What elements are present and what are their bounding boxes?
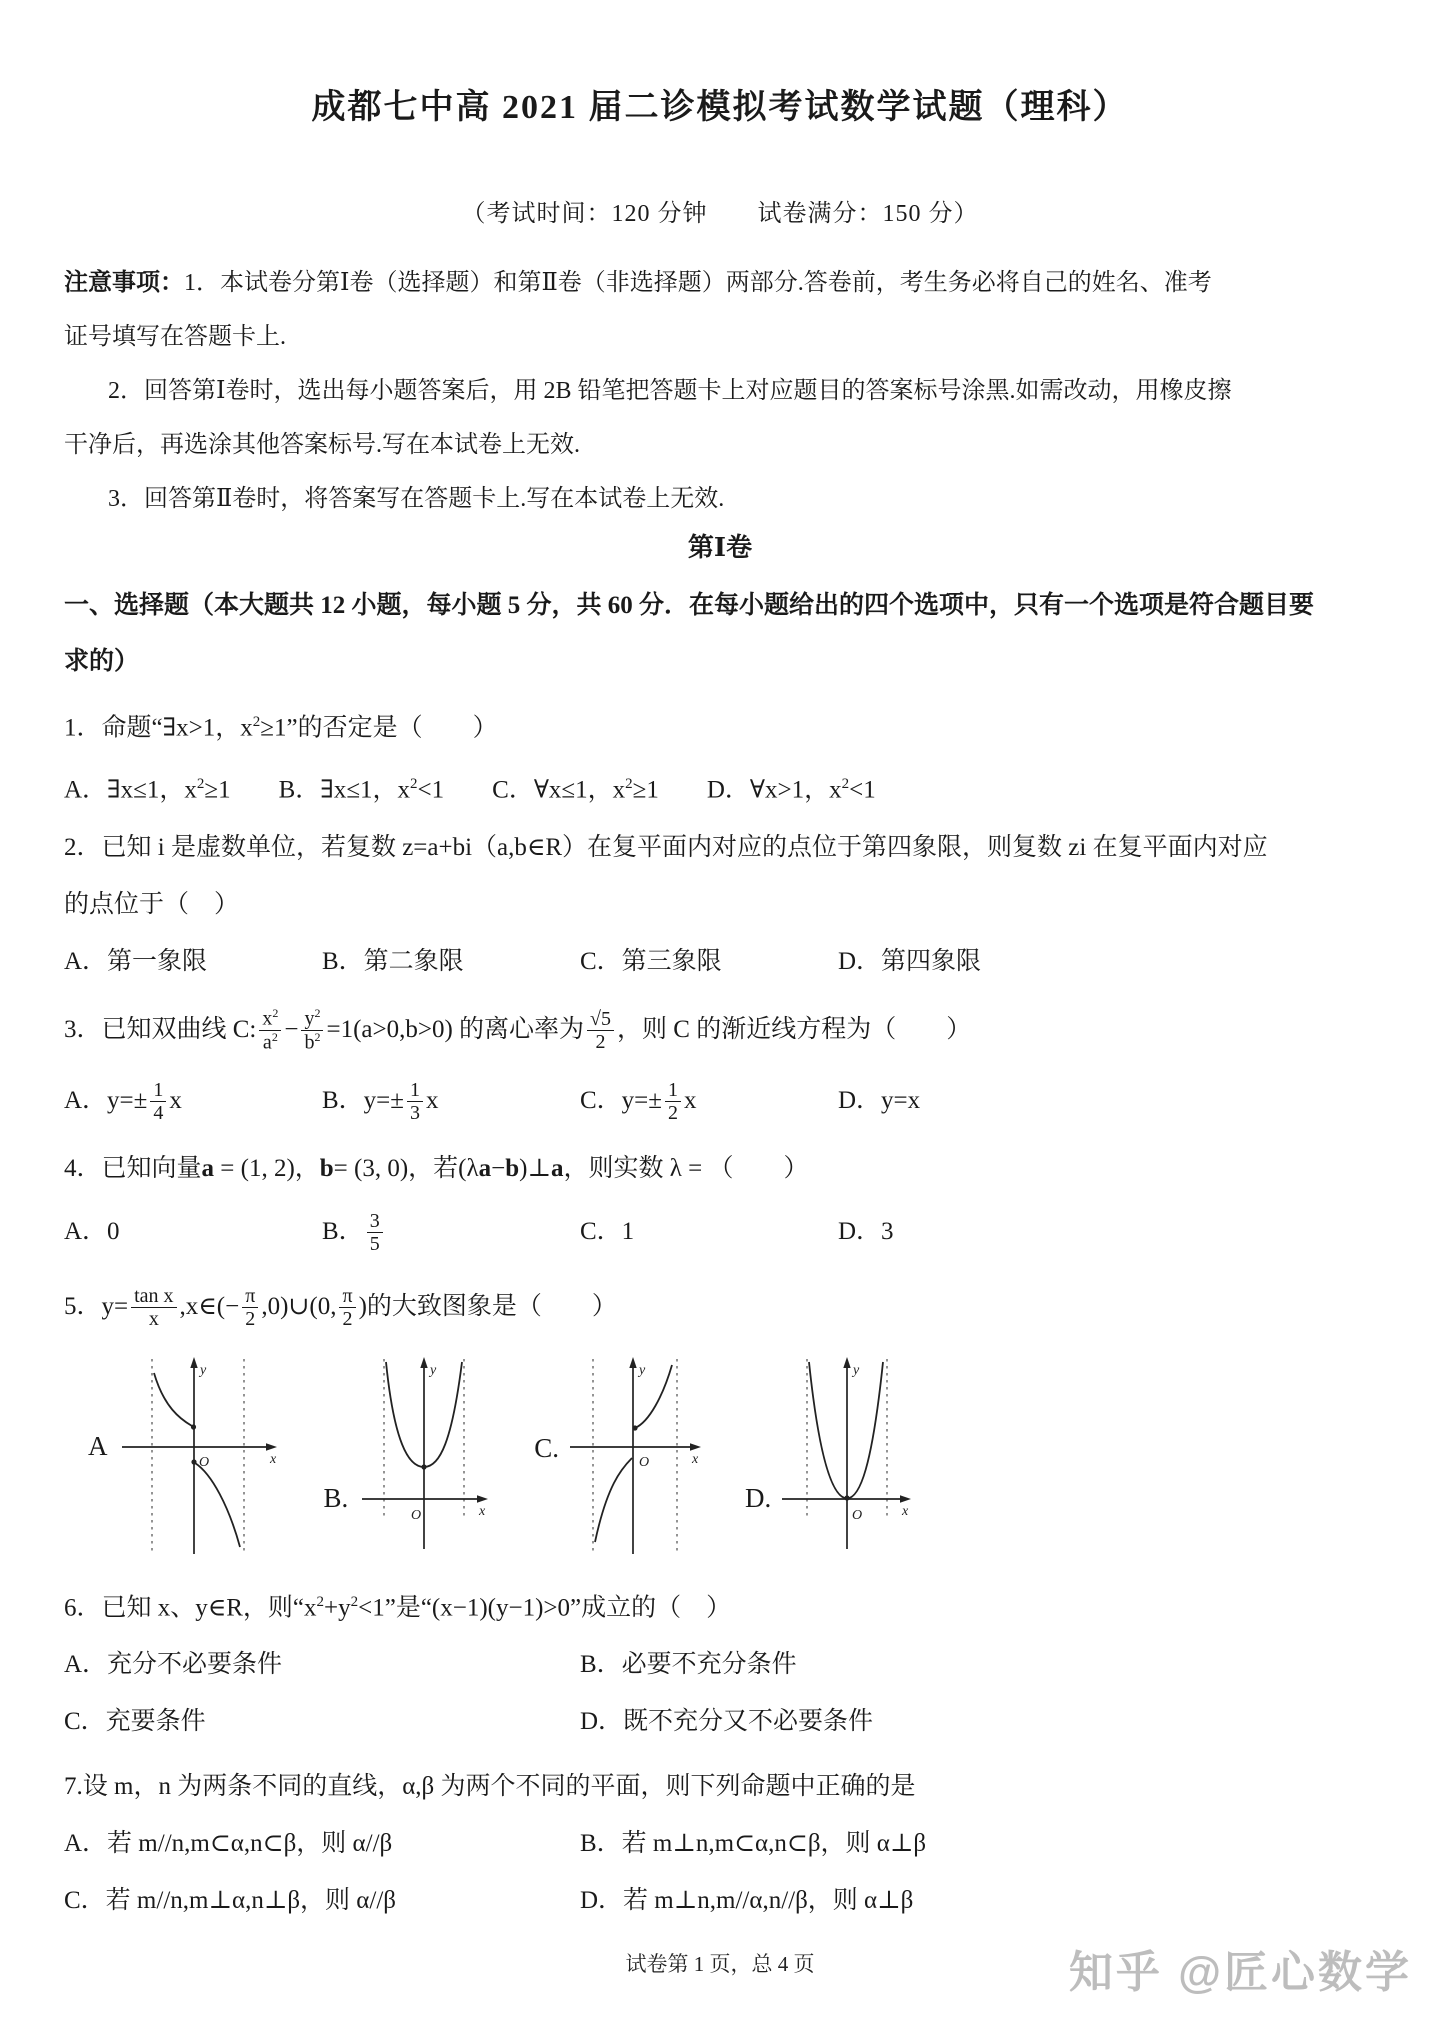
y-axis-label: y: [428, 1363, 437, 1378]
graph-option-item-c: C. y x O: [534, 1349, 705, 1564]
function-curve: [595, 1458, 632, 1542]
option-a: A．∃x≤1，x2≥1: [64, 756, 231, 818]
question-6-stem: 6．已知 x、y∈R，则“x2+y2<1”是“(x−1)(y−1)>0”成立的（…: [64, 1574, 1376, 1636]
notice-line-1-text: 1．本试卷分第Ⅰ卷（选择题）和第Ⅱ卷（非选择题）两部分.答卷前，考生务必将自己的…: [184, 270, 1212, 296]
option-a: A．充分不必要条件: [64, 1636, 580, 1693]
question-2-stem-line-1: 2．已知 i 是虚数单位，若复数 z=a+bi（a,b∈R）在复平面内对应的点位…: [64, 819, 1376, 876]
question-4-options: A．0 B．35 C．1 D．3: [64, 1197, 1376, 1267]
watermark: 知乎 @匠心数学: [1069, 1936, 1412, 2000]
option-d: D．∀x>1，x2<1: [707, 756, 876, 818]
question-7-options-row-2: C．若 m//n,m⊥α,n⊥β，则 α//β D．若 m⊥n,m//α,n//…: [64, 1872, 1376, 1929]
question-3-stem: 3．已知双曲线 C:x2a2−y2b2=1(a>0,b>0) 的离心率为√52，…: [64, 994, 1376, 1066]
graph-option-c: y x O: [565, 1349, 705, 1564]
question-6: 6．已知 x、y∈R，则“x2+y2<1”是“(x−1)(y−1)>0”成立的（…: [64, 1574, 1376, 1750]
question-4: 4．已知向量a = (1, 2)，b= (3, 0)，若(λa−b)⊥a，则实数…: [64, 1140, 1376, 1267]
option-d: D．y=x: [838, 1066, 1096, 1136]
question-2-options: A．第一象限 B．第二象限 C．第三象限 D．第四象限: [64, 933, 1376, 990]
graph-option-item-b: B. y x O: [324, 1349, 495, 1564]
question-1: 1．命题“∃x>1，x2≥1”的否定是（ ） A．∃x≤1，x2≥1 B．∃x≤…: [64, 694, 1376, 819]
graph-label-a: A: [88, 1431, 108, 1462]
curve-endpoint-dot: [190, 1424, 195, 1429]
y-axis-arrow: [421, 1357, 428, 1368]
notice-line: 干净后，再选涂其他答案标号.写在本试卷上无效.: [64, 418, 1376, 472]
x-axis-arrow: [266, 1443, 277, 1451]
curve-minimum-dot: [422, 1464, 427, 1469]
option-d: D．3: [838, 1197, 1096, 1267]
section-intro-line-1: 一、选择题（本大题共 12 小题，每小题 5 分，共 60 分．在每小题给出的四…: [64, 578, 1376, 634]
notice-line: 证号填写在答题卡上.: [64, 310, 1376, 364]
x-axis-arrow: [690, 1443, 701, 1451]
notice-section: 注意事项：1．本试卷分第Ⅰ卷（选择题）和第Ⅱ卷（非选择题）两部分.答卷前，考生务…: [64, 256, 1376, 526]
y-axis-label: y: [637, 1363, 646, 1378]
graph-option-item-d: D. y x O: [745, 1349, 917, 1564]
origin-label: O: [411, 1508, 421, 1523]
question-6-options-row-1: A．充分不必要条件 B．必要不充分条件: [64, 1636, 1376, 1693]
question-2-stem-line-2: 的点位于（ ）: [64, 876, 1376, 933]
notice-line: 3．回答第Ⅱ卷时，将答案写在答题卡上.写在本试卷上无效.: [64, 472, 1376, 526]
x-axis-label: x: [478, 1504, 486, 1519]
notice-line: 2．回答第Ⅰ卷时，选出每小题答案后，用 2B 铅笔把答题卡上对应题目的答案标号涂…: [64, 364, 1376, 418]
option-a: A．y=±14x: [64, 1066, 322, 1136]
option-c: C．∀x≤1，x2≥1: [492, 756, 659, 818]
option-b: B．必要不充分条件: [580, 1636, 1096, 1693]
section-intro: 一、选择题（本大题共 12 小题，每小题 5 分，共 60 分．在每小题给出的四…: [64, 578, 1376, 690]
question-2: 2．已知 i 是虚数单位，若复数 z=a+bi（a,b∈R）在复平面内对应的点位…: [64, 819, 1376, 990]
page-title: 成都七中高 2021 届二诊模拟考试数学试题（理科）: [64, 86, 1376, 130]
option-c: C．充要条件: [64, 1693, 580, 1750]
y-axis-arrow: [629, 1357, 636, 1368]
x-axis-label: x: [269, 1452, 277, 1467]
option-b: B．第二象限: [322, 933, 580, 990]
question-1-stem: 1．命题“∃x>1，x2≥1”的否定是（ ）: [64, 694, 1376, 756]
option-b: B．y=±13x: [322, 1066, 580, 1136]
question-6-options-row-2: C．充要条件 D．既不充分又不必要条件: [64, 1693, 1376, 1750]
x-axis-label: x: [691, 1452, 699, 1467]
question-7-options-row-1: A．若 m//n,m⊂α,n⊂β，则 α//β B．若 m⊥n,m⊂α,n⊂β，…: [64, 1815, 1376, 1872]
exam-meta-subtitle: （考试时间：120 分钟 试卷满分：150 分）: [64, 198, 1376, 230]
option-a: A．第一象限: [64, 933, 322, 990]
x-axis-arrow: [477, 1495, 488, 1503]
function-curve: [809, 1362, 883, 1499]
graph-option-item-a: A y x O: [88, 1349, 284, 1564]
x-axis-arrow: [900, 1495, 911, 1503]
graph-label-b: B.: [324, 1483, 349, 1514]
option-d: D．第四象限: [838, 933, 1096, 990]
option-c: C．y=±12x: [580, 1066, 838, 1136]
graph-option-b: y x O: [354, 1349, 494, 1564]
option-c: C．1: [580, 1197, 838, 1267]
curve-minimum-dot: [845, 1495, 850, 1500]
function-curve: [154, 1373, 192, 1426]
notice-label: 注意事项：: [64, 270, 184, 296]
notice-line: 注意事项：1．本试卷分第Ⅰ卷（选择题）和第Ⅱ卷（非选择题）两部分.答卷前，考生务…: [64, 256, 1376, 310]
y-axis-label: y: [198, 1363, 207, 1378]
option-c: C．若 m//n,m⊥α,n⊥β，则 α//β: [64, 1872, 580, 1929]
origin-label: O: [199, 1455, 209, 1470]
question-1-options: A．∃x≤1，x2≥1 B．∃x≤1，x2<1 C．∀x≤1，x2≥1 D．∀x…: [64, 756, 1376, 818]
graph-label-c: C.: [534, 1433, 559, 1464]
y-axis-arrow: [190, 1357, 197, 1368]
question-4-stem: 4．已知向量a = (1, 2)，b= (3, 0)，若(λa−b)⊥a，则实数…: [64, 1140, 1376, 1197]
question-5-stem: 5．y=tan xx,x∈(−π2,0)∪(0,π2)的大致图象是（ ）: [64, 1271, 1376, 1343]
question-7: 7.设 m，n 为两条不同的直线，α,β 为两个不同的平面，则下列命题中正确的是…: [64, 1758, 1376, 1929]
question-3-options: A．y=±14x B．y=±13x C．y=±12x D．y=x: [64, 1066, 1376, 1136]
origin-label: O: [852, 1508, 862, 1523]
option-b: B．∃x≤1，x2<1: [279, 756, 445, 818]
question-7-stem: 7.设 m，n 为两条不同的直线，α,β 为两个不同的平面，则下列命题中正确的是: [64, 1758, 1376, 1815]
graph-option-d: y x O: [777, 1349, 917, 1564]
part-title: 第Ⅰ卷: [64, 528, 1376, 568]
origin-label: O: [639, 1455, 649, 1470]
y-axis-label: y: [851, 1363, 860, 1378]
x-axis-label: x: [901, 1504, 909, 1519]
question-5: 5．y=tan xx,x∈(−π2,0)∪(0,π2)的大致图象是（ ） A y: [64, 1271, 1376, 1564]
option-d: D．若 m⊥n,m//α,n//β，则 α⊥β: [580, 1872, 1096, 1929]
function-curve: [195, 1463, 240, 1547]
option-a: A．0: [64, 1197, 322, 1267]
option-c: C．第三象限: [580, 933, 838, 990]
question-3: 3．已知双曲线 C:x2a2−y2b2=1(a>0,b>0) 的离心率为√52，…: [64, 994, 1376, 1136]
graph-label-d: D.: [745, 1483, 771, 1514]
option-b: B．若 m⊥n,m⊂α,n⊂β，则 α⊥β: [580, 1815, 1096, 1872]
option-d: D．既不充分又不必要条件: [580, 1693, 1096, 1750]
exam-paper-page: 成都七中高 2021 届二诊模拟考试数学试题（理科） （考试时间：120 分钟 …: [0, 0, 1440, 2035]
section-intro-line-2: 求的）: [64, 634, 1376, 690]
option-a: A．若 m//n,m⊂α,n⊂β，则 α//β: [64, 1815, 580, 1872]
question-5-graphs: A y x O B.: [88, 1349, 1376, 1564]
graph-option-a: y x O: [114, 1349, 284, 1564]
option-b: B．35: [322, 1197, 580, 1267]
y-axis-arrow: [844, 1357, 851, 1368]
